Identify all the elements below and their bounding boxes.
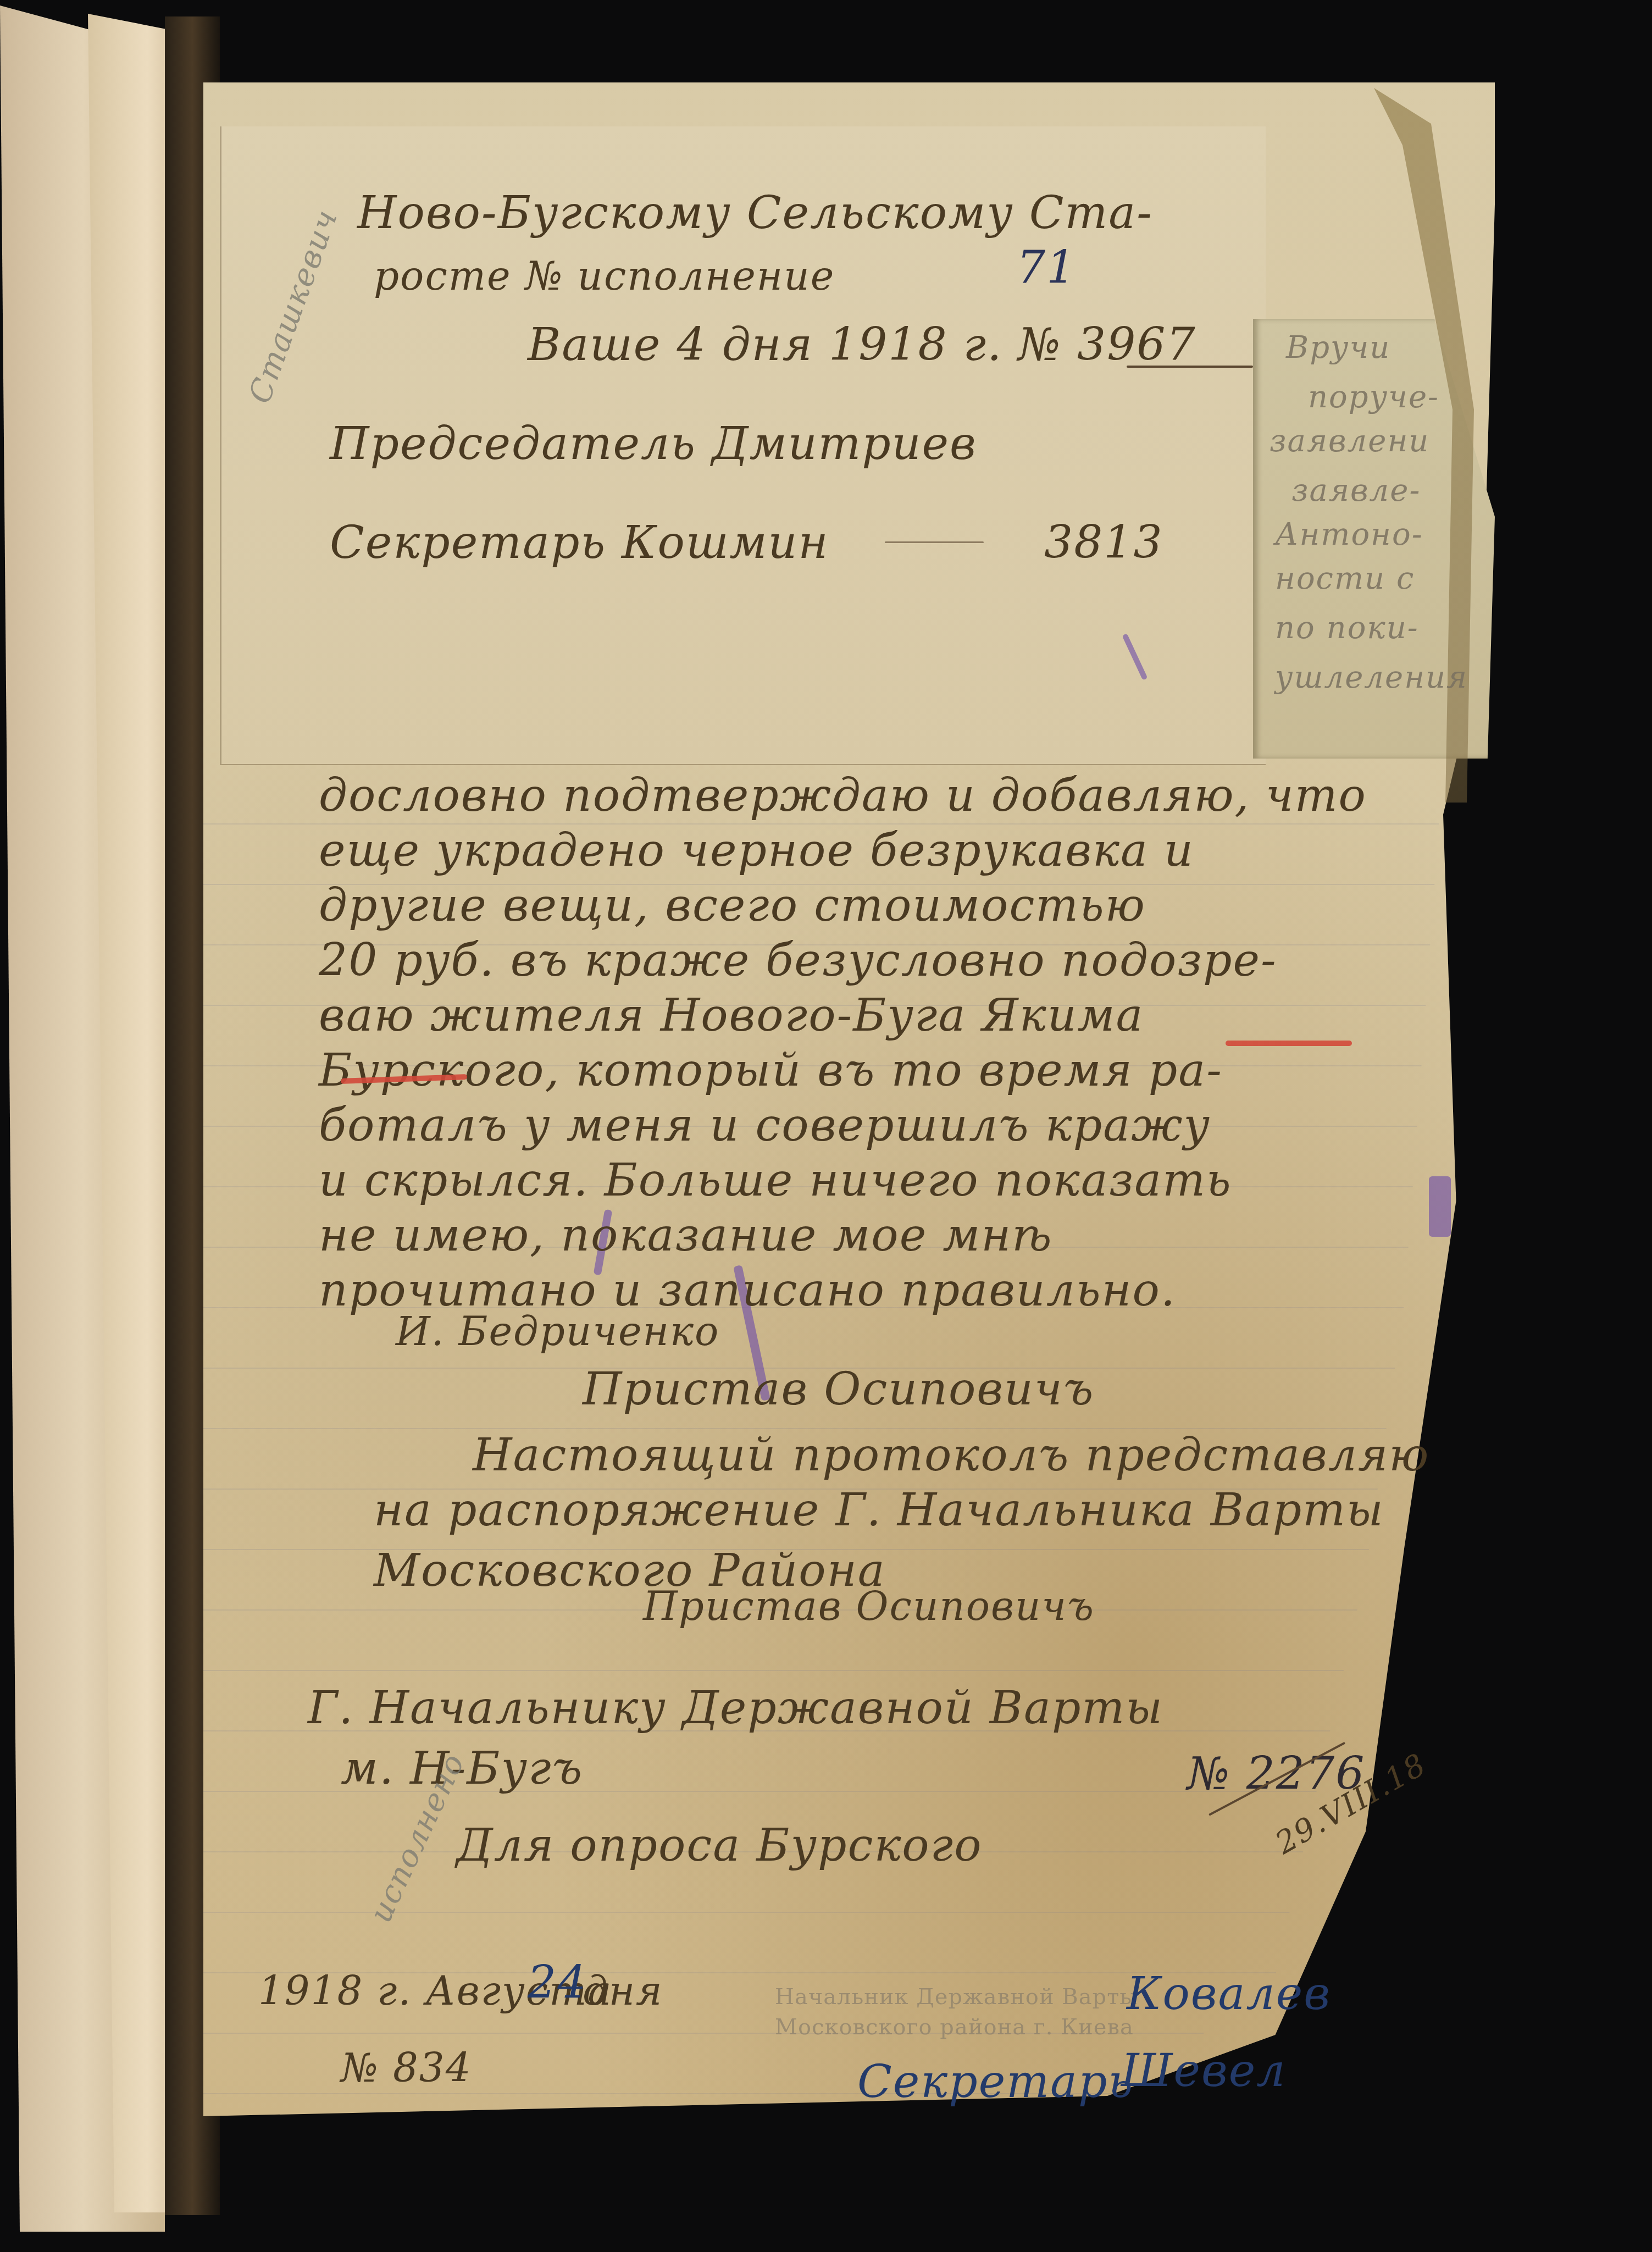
body-line-2: еще украдено черное безрукавка и	[319, 825, 1194, 877]
slip-line-2: росте № исполнение	[374, 253, 835, 299]
right-slip-line-8: ушлеления	[1275, 660, 1468, 695]
body-line-3: другие вещи, всего стоимостью	[319, 879, 1146, 932]
secretary-label: Секретарь	[857, 2056, 1134, 2108]
forwarding-line-1: Настоящий протоколъ представляю	[473, 1429, 1429, 1481]
right-slip-line-1: Вручи	[1286, 330, 1390, 366]
body-line-9: не имею, показание мое мнѣ	[319, 1209, 1053, 1261]
slip-line-1: Ново-Бугскому Сельскому Ста-	[357, 187, 1153, 239]
slip-date-line: Ваше 4 дня 1918 г. № 3967	[528, 319, 1196, 371]
right-slip-line-3: заявлени	[1270, 423, 1429, 459]
outgoing-number: № 834	[341, 2045, 472, 2091]
reference-number: 3813	[1044, 517, 1163, 569]
forwarding-line-2: на распоряжение Г. Начальника Варты	[374, 1484, 1384, 1536]
secretary-signature: Шевел	[1121, 2045, 1287, 2097]
right-slip-line-7: по поки-	[1275, 610, 1419, 646]
head-signature: Ковалев	[1127, 1968, 1331, 2020]
footer-date-day: 24	[528, 1957, 587, 2009]
stamp-line-1: Начальник Державной Варты	[775, 1984, 1138, 2010]
body-line-8: и скрылся. Больше ничего показать	[319, 1154, 1232, 1207]
body-line-1: дословно подтверждаю и добавляю, что	[319, 770, 1367, 822]
witness-signature: И. Бедриченко	[396, 1308, 719, 1354]
stamp-line-2: Московского района г. Киева	[775, 2015, 1134, 2040]
official-signature-2: Пристав Осиповичъ	[643, 1583, 1095, 1629]
official-signature-1: Пристав Осиповичъ	[583, 1363, 1095, 1415]
chairman-line: Председатель Дмитриев	[330, 418, 977, 470]
right-slip-line-6: ности с	[1275, 561, 1415, 596]
right-slip-line-4: заявле-	[1291, 473, 1421, 508]
signature-dash	[885, 541, 984, 543]
right-slip-line-5: Антоно-	[1275, 517, 1423, 552]
body-line-5: ваю жителя Нового-Буга Якима	[319, 989, 1144, 1042]
purple-ink-mark	[1429, 1176, 1451, 1237]
address-line-1: Г. Начальнику Державной Варты	[308, 1682, 1163, 1734]
purpose-line: Для опроса Бурского	[456, 1819, 983, 1872]
secretary-line: Секретарь Кошмин	[330, 517, 829, 569]
footer-date-suffix: дня	[583, 1968, 663, 2014]
body-line-7: боталъ у меня и совершилъ кражу	[319, 1099, 1211, 1152]
body-line-6: Бурского, который въ то время ра-	[319, 1044, 1223, 1097]
date-underline	[1127, 366, 1253, 368]
body-line-4: 20 руб. въ краже безусловно подозре-	[319, 934, 1277, 987]
right-slip-line-2: поруче-	[1308, 379, 1439, 415]
folio-number: 71	[1017, 242, 1076, 294]
red-underline-yakim	[1226, 1041, 1352, 1046]
